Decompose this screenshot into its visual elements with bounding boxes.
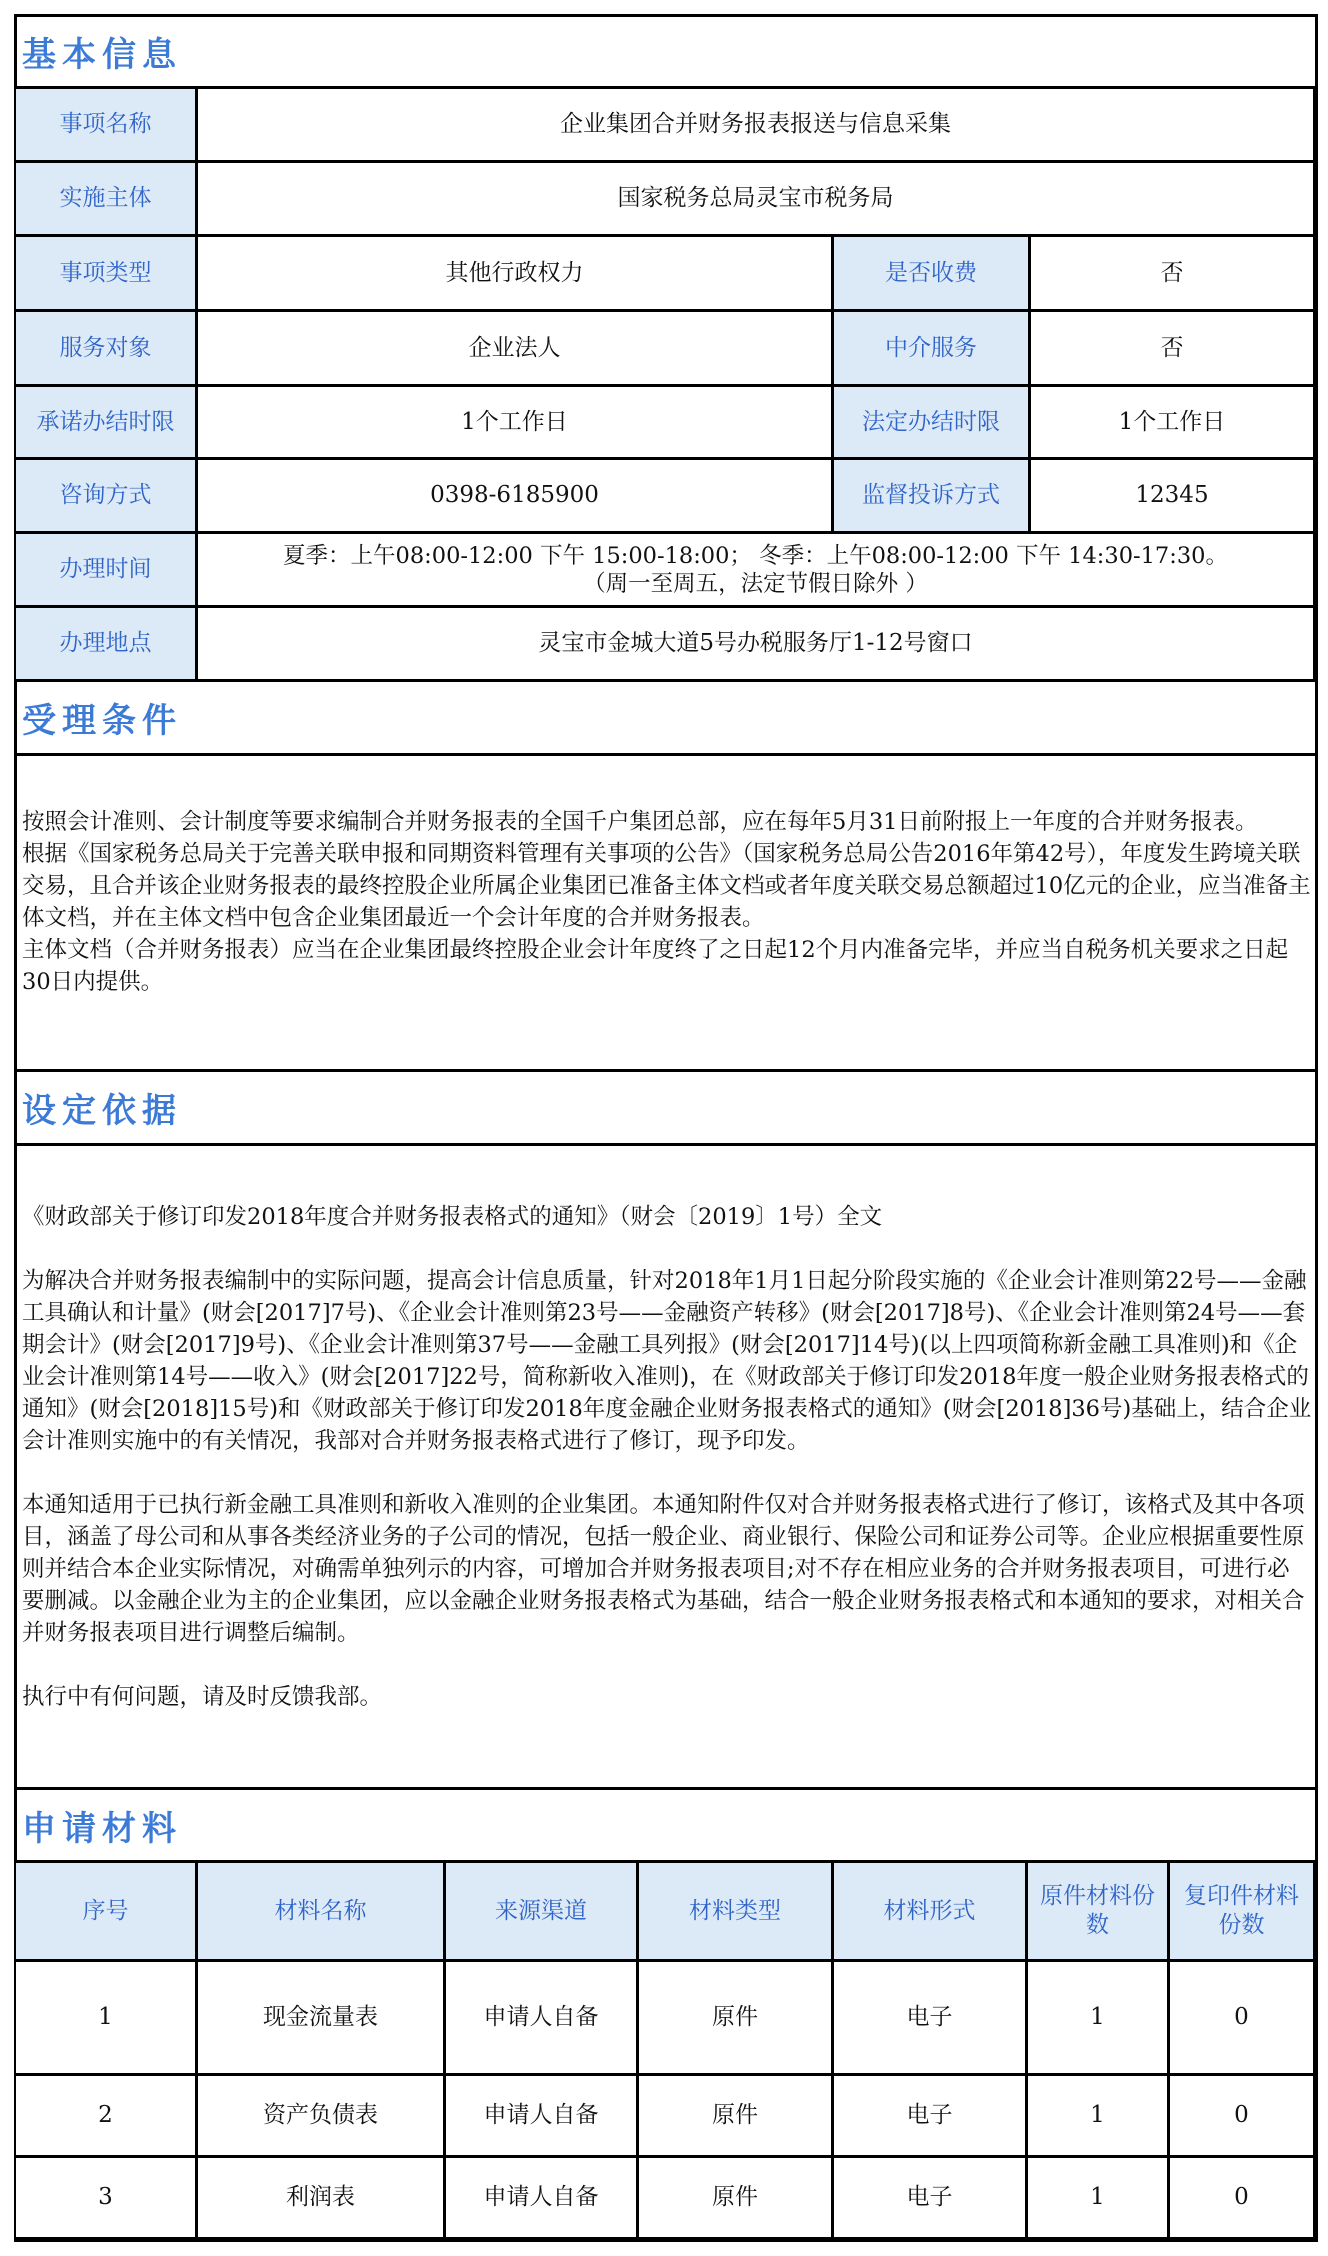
material-name: 现金流量表 xyxy=(198,1962,446,2076)
material-original-count: 1 xyxy=(1028,2158,1170,2240)
material-source: 申请人自备 xyxy=(446,2076,639,2158)
intermediary-label: 中介服务 xyxy=(834,312,1031,387)
conditions-paragraph: 主体文档（合并财务报表）应当在企业集团最终控股企业会计年度终了之日起12个月内准… xyxy=(22,934,1312,998)
consult-label: 咨询方式 xyxy=(16,460,198,534)
basis-reference: 《财政部关于修订印发2018年度合并财务报表格式的通知》（财会〔2019〕1号）… xyxy=(22,1201,1312,1233)
service-target-label: 服务对象 xyxy=(16,312,198,387)
item-type-value: 其他行政权力 xyxy=(198,237,834,312)
basis-paragraph: 执行中有何问题，请及时反馈我部。 xyxy=(22,1681,1312,1713)
hours-label: 办理时间 xyxy=(16,534,198,608)
basis-paragraph: 本通知适用于已执行新金融工具准则和新收入准则的企业集团。本通知附件仅对合并财务报… xyxy=(22,1489,1312,1649)
implementer-value: 国家税务总局灵宝市税务局 xyxy=(198,163,1316,237)
conditions-paragraph: 根据《国家税务总局关于完善关联申报和同期资料管理有关事项的公告》（国家税务总局公… xyxy=(22,838,1312,934)
item-type-label: 事项类型 xyxy=(16,237,198,312)
materials-col-name: 材料名称 xyxy=(198,1863,446,1962)
implementer-label: 实施主体 xyxy=(16,163,198,237)
office-hours-line2: （周一至周五，法定节假日除外 ） xyxy=(583,570,928,598)
material-type: 原件 xyxy=(639,2076,834,2158)
material-copy-count: 0 xyxy=(1170,2076,1316,2158)
materials-col-index: 序号 xyxy=(16,1863,198,1962)
promised-limit-label: 承诺办结时限 xyxy=(16,387,198,460)
material-type: 原件 xyxy=(639,2158,834,2240)
location-value: 灵宝市金城大道5号办税服务厅1-12号窗口 xyxy=(198,608,1316,682)
complaint-label: 监督投诉方式 xyxy=(834,460,1031,534)
materials-col-form: 材料形式 xyxy=(834,1863,1028,1962)
material-copy-count: 0 xyxy=(1170,1962,1316,2076)
charge-value: 否 xyxy=(1031,237,1316,312)
material-original-count: 1 xyxy=(1028,2076,1170,2158)
material-original-count: 1 xyxy=(1028,1962,1170,2076)
section-title-materials: 申请材料 xyxy=(16,1790,1316,1863)
material-name: 资产负债表 xyxy=(198,2076,446,2158)
material-name: 利润表 xyxy=(198,2158,446,2240)
materials-col-type: 材料类型 xyxy=(639,1863,834,1962)
service-target-value: 企业法人 xyxy=(198,312,834,387)
material-source: 申请人自备 xyxy=(446,1962,639,2076)
basis-text: 《财政部关于修订印发2018年度合并财务报表格式的通知》（财会〔2019〕1号）… xyxy=(22,1201,1312,1713)
consult-phone: 0398-6185900 xyxy=(198,460,834,534)
materials-col-copy-count: 复印件材料份数 xyxy=(1170,1863,1316,1962)
conditions-text: 按照会计准则、会计制度等要求编制合并财务报表的全国千户集团总部，应在每年5月31… xyxy=(22,806,1312,998)
location-label: 办理地点 xyxy=(16,608,198,682)
material-copy-count: 0 xyxy=(1170,2158,1316,2240)
section-title-conditions: 受理条件 xyxy=(16,682,1316,756)
material-form: 电子 xyxy=(834,2158,1028,2240)
materials-col-original-count: 原件材料份数 xyxy=(1028,1863,1170,1962)
material-type: 原件 xyxy=(639,1962,834,2076)
intermediary-value: 否 xyxy=(1031,312,1316,387)
section-title-basic-info: 基本信息 xyxy=(16,16,1316,89)
material-form: 电子 xyxy=(834,2076,1028,2158)
legal-limit-value: 1个工作日 xyxy=(1031,387,1316,460)
promised-limit-value: 1个工作日 xyxy=(198,387,834,460)
legal-limit-label: 法定办结时限 xyxy=(834,387,1031,460)
office-hours-line1: 夏季：上午08:00-12:00 下午 15:00-18:00； 冬季：上午08… xyxy=(283,542,1228,570)
charge-label: 是否收费 xyxy=(834,237,1031,312)
section-title-basis: 设定依据 xyxy=(16,1072,1316,1146)
item-name-label: 事项名称 xyxy=(16,89,198,163)
office-hours: 夏季：上午08:00-12:00 下午 15:00-18:00； 冬季：上午08… xyxy=(198,534,1316,608)
item-name-value: 企业集团合并财务报表报送与信息采集 xyxy=(198,89,1316,163)
material-index: 2 xyxy=(16,2076,198,2158)
basis-paragraph: 为解决合并财务报表编制中的实际问题，提高会计信息质量，针对2018年1月1日起分… xyxy=(22,1265,1312,1457)
conditions-paragraph: 按照会计准则、会计制度等要求编制合并财务报表的全国千户集团总部，应在每年5月31… xyxy=(22,806,1312,838)
material-index: 3 xyxy=(16,2158,198,2240)
material-form: 电子 xyxy=(834,1962,1028,2076)
materials-col-source: 来源渠道 xyxy=(446,1863,639,1962)
material-source: 申请人自备 xyxy=(446,2158,639,2240)
material-index: 1 xyxy=(16,1962,198,2076)
complaint-phone: 12345 xyxy=(1031,460,1316,534)
